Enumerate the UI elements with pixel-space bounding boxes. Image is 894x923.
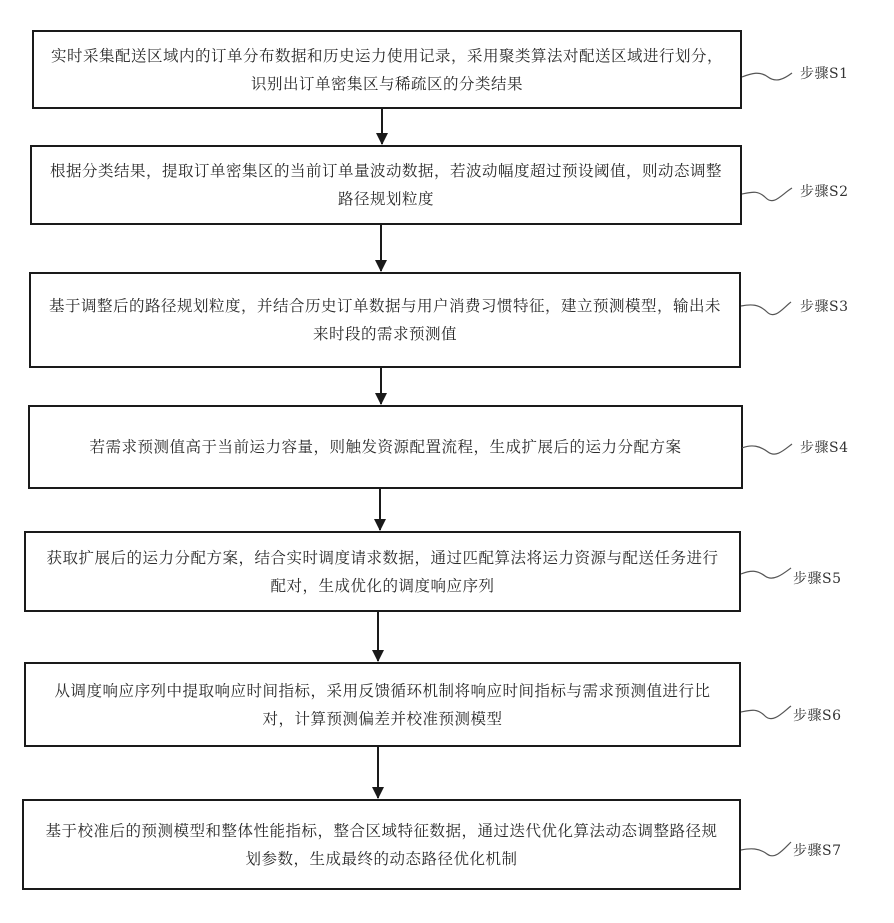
arrow-s5-s6	[377, 612, 379, 661]
leader-line-s7	[741, 838, 793, 862]
step-label-s3: 步骤S3	[800, 296, 849, 316]
leader-line-s6	[741, 700, 793, 724]
step-box-s7: 基于校准后的预测模型和整体性能指标，整合区域特征数据，通过迭代优化算法动态调整路…	[22, 799, 741, 890]
step-text-s6: 从调度响应序列中提取响应时间指标，采用反馈循环机制将响应时间指标与需求预测值进行…	[43, 677, 723, 733]
leader-line-s4	[742, 436, 794, 460]
step-label-s1: 步骤S1	[800, 63, 849, 83]
leader-line-s1	[742, 65, 794, 89]
step-text-s2: 根据分类结果，提取订单密集区的当前订单量波动数据，若波动幅度超过预设阈值，则动态…	[46, 157, 726, 213]
arrow-s6-s7	[377, 747, 379, 798]
leader-line-s3	[741, 296, 793, 320]
arrow-s1-s2	[381, 109, 383, 144]
step-box-s3: 基于调整后的路径规划粒度，并结合历史订单数据与用户消费习惯特征，建立预测模型，输…	[29, 272, 741, 368]
step-box-s1: 实时采集配送区域内的订单分布数据和历史运力使用记录，采用聚类算法对配送区域进行划…	[32, 30, 742, 109]
step-label-s6: 步骤S6	[793, 705, 842, 725]
step-text-s7: 基于校准后的预测模型和整体性能指标，整合区域特征数据，通过迭代优化算法动态调整路…	[42, 817, 722, 873]
step-label-s2: 步骤S2	[800, 181, 849, 201]
arrow-s3-s4	[380, 368, 382, 404]
step-box-s5: 获取扩展后的运力分配方案，结合实时调度请求数据，通过匹配算法将运力资源与配送任务…	[24, 531, 741, 612]
leader-line-s2	[742, 182, 794, 206]
step-label-s4: 步骤S4	[800, 437, 849, 457]
step-box-s2: 根据分类结果，提取订单密集区的当前订单量波动数据，若波动幅度超过预设阈值，则动态…	[30, 145, 742, 225]
step-box-s6: 从调度响应序列中提取响应时间指标，采用反馈循环机制将响应时间指标与需求预测值进行…	[24, 662, 741, 747]
leader-line-s5	[741, 562, 793, 586]
step-text-s1: 实时采集配送区域内的订单分布数据和历史运力使用记录，采用聚类算法对配送区域进行划…	[47, 42, 727, 98]
step-box-s4: 若需求预测值高于当前运力容量，则触发资源配置流程，生成扩展后的运力分配方案	[28, 405, 743, 489]
step-label-s5: 步骤S5	[793, 568, 842, 588]
step-label-s7: 步骤S7	[793, 840, 842, 860]
arrow-s2-s3	[380, 225, 382, 271]
step-text-s4: 若需求预测值高于当前运力容量，则触发资源配置流程，生成扩展后的运力分配方案	[89, 433, 681, 461]
arrow-s4-s5	[379, 489, 381, 530]
step-text-s5: 获取扩展后的运力分配方案，结合实时调度请求数据，通过匹配算法将运力资源与配送任务…	[43, 544, 723, 600]
step-text-s3: 基于调整后的路径规划粒度，并结合历史订单数据与用户消费习惯特征，建立预测模型，输…	[45, 292, 725, 348]
